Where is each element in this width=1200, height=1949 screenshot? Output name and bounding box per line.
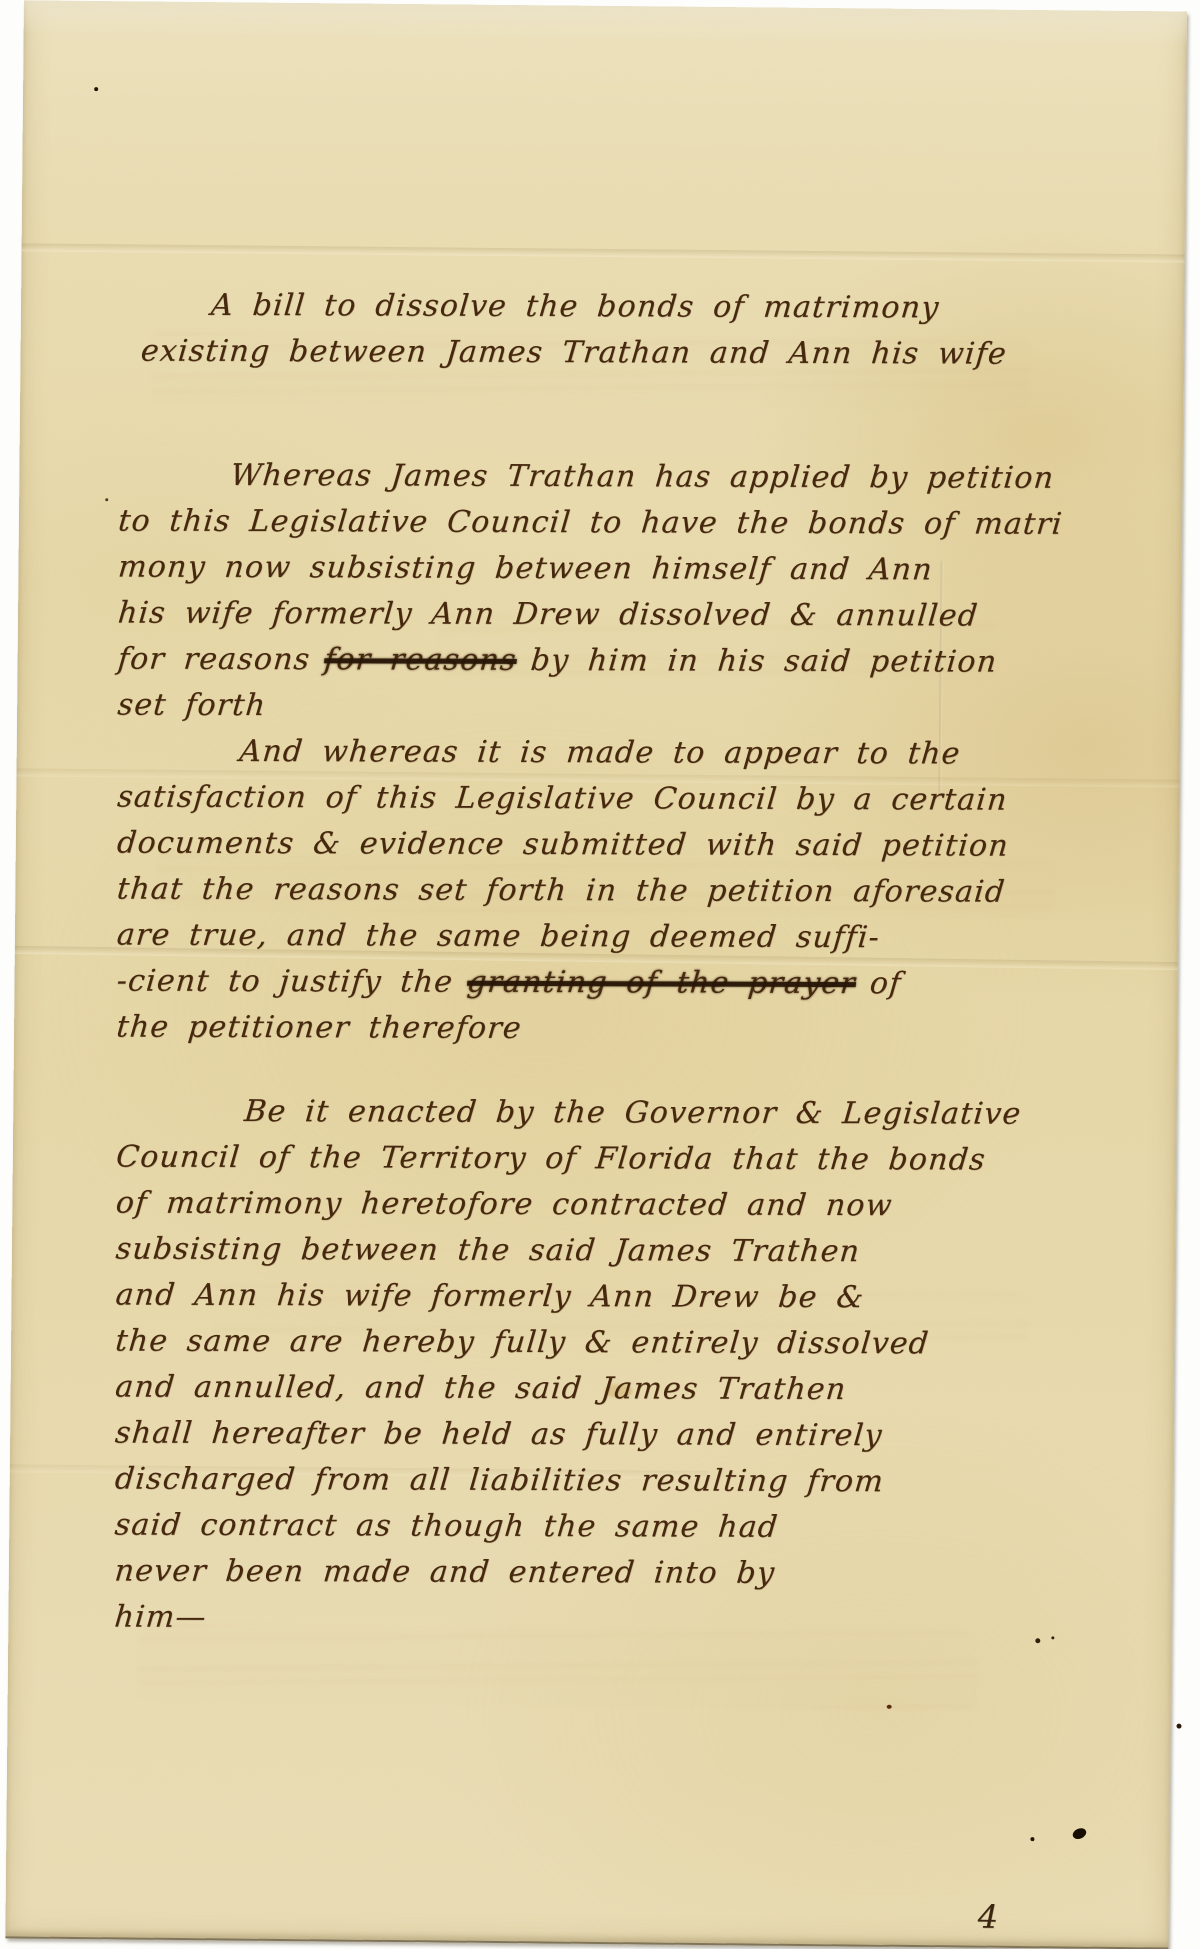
handwritten-line: set forth [116,683,1170,733]
handwritten-line: the petitioner therefore [115,1005,1169,1055]
struck-text: for reasons [323,642,519,678]
ink-blot [1071,1826,1088,1841]
spacer [117,375,1167,457]
handwritten-line: of matrimony heretofore contracted and n… [114,1181,1168,1231]
handwritten-line: discharged from all liabilities resultin… [113,1457,1167,1507]
handwritten-line: never been made and entered into by [113,1549,1167,1599]
spacer [114,1051,1164,1093]
ink-speck [887,1705,892,1709]
document-page: A bill to dissolve the bonds of matrimon… [5,0,1187,1949]
ink-speck [1030,1837,1034,1841]
ink-speck [105,498,108,501]
struck-text: granting of the prayer [466,965,858,1001]
handwritten-line: for reasonsfor reasonsby him in his said… [116,637,1170,687]
handwritten-line: shall hereafter be held as fully and ent… [113,1411,1167,1461]
handwritten-line: mony now subsisting between himself and … [116,545,1170,595]
title-line: existing between James Trathan and Ann h… [139,329,1171,379]
manuscript-text: A bill to dissolve the bonds of matrimon… [112,283,1167,1645]
handwritten-line: and Ann his wife formerly Ann Drew be & [114,1273,1168,1323]
line-segment: for reasons [116,642,312,678]
scanned-document: A bill to dissolve the bonds of matrimon… [0,0,1200,1949]
handwritten-line: that the reasons set forth in the petiti… [115,867,1169,917]
ink-speck [1176,1724,1181,1729]
ink-speck [94,87,98,91]
title-line: A bill to dissolve the bonds of matrimon… [209,283,1171,332]
handwritten-line: subsisting between the said James Trathe… [114,1227,1168,1277]
handwritten-line: the same are hereby fully & entirely dis… [113,1319,1167,1369]
handwritten-line: said contract as though the same had [113,1503,1167,1553]
line-segment: -cient to justify the [115,964,455,1000]
handwritten-line: and annulled, and the said James Trathen [113,1365,1167,1415]
handwritten-line: are true, and the same being deemed suff… [115,913,1169,963]
handwritten-line: documents & evidence submitted with said… [115,821,1169,871]
line-segment: by him in his said petition [529,643,999,680]
fold-crease [22,243,1185,262]
handwritten-line: to this Legislative Council to have the … [116,499,1170,549]
handwritten-line: him— [112,1595,1166,1645]
paper-light-band [24,0,1187,45]
handwritten-line: satisfaction of this Legislative Council… [115,775,1169,825]
handwritten-line: And whereas it is made to appear to the [237,729,1169,778]
handwritten-line: his wife formerly Ann Drew dissolved & a… [116,591,1170,641]
handwritten-line: Council of the Territory of Florida that… [114,1135,1168,1185]
handwritten-line: -cient to justify thegranting of the pra… [115,959,1169,1009]
line-segment: of [868,966,903,1001]
page-number: 4 [977,1898,998,1936]
handwritten-line: Whereas James Trathan has applied by pet… [228,453,1170,502]
handwritten-line: Be it enacted by the Governor & Legislat… [242,1089,1168,1138]
